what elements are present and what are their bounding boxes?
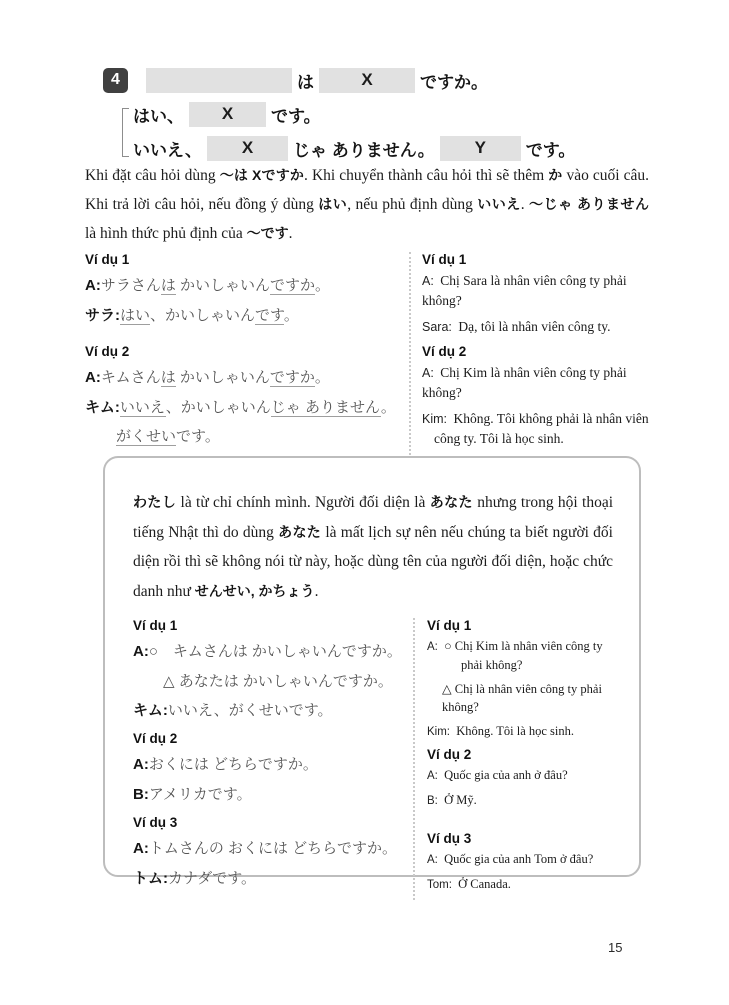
example-block: Ví dụ 2A:おくには どちらですか。B:アメリカです。 — [133, 731, 405, 815]
placeholder-x-box: X — [189, 102, 266, 127]
vietnamese-line: A: ○ Chị Kim là nhân viên công ty phải k… — [427, 637, 613, 674]
japanese-term: ～です — [247, 225, 289, 241]
underlined-grammar: はい — [120, 307, 150, 325]
iie-text: いいえ、 — [133, 136, 202, 161]
text-segment: かいしゃいん — [176, 277, 270, 294]
placeholder-y-box: Y — [440, 136, 521, 161]
speaker-label: A: — [133, 643, 149, 660]
placeholder-x-box: X — [207, 136, 288, 161]
speaker-label: トム: — [133, 870, 168, 887]
vietnamese-examples-column: Ví dụ 1A: Chị Sara là nhân viên công ty … — [411, 252, 649, 455]
speaker-label: Tom: — [427, 879, 455, 891]
text-segment: . — [315, 583, 319, 600]
note-box: わたし là từ chỉ chính mình. Người đối diện… — [103, 456, 641, 877]
japanese-line: キム:いいえ、かいしゃいんじゃ ありません。 — [85, 393, 397, 423]
text-segment: Khi đặt câu hỏi dùng — [85, 167, 220, 184]
text-segment: là hình thức phủ định của — [85, 225, 247, 242]
line-text: Dạ, tôi là nhân viên công ty. — [458, 319, 610, 334]
vietnamese-examples-column: Ví dụ 1A: ○ Chị Kim là nhân viên công ty… — [415, 618, 613, 900]
speaker-label: A: — [427, 641, 441, 653]
underlined-grammar: ですか — [270, 277, 315, 295]
example-title: Ví dụ 3 — [427, 831, 613, 846]
text-segment: です。 — [176, 428, 220, 445]
vietnamese-line: A: Chị Kim là nhân viên công ty phải khô… — [422, 363, 649, 402]
example-block: Ví dụ 1A:サラさんは かいしゃいんですか。サラ:はい、かいしゃいんです。 — [85, 252, 397, 344]
text-segment: △ あなたは かいしゃいんですか。 — [163, 673, 393, 690]
example-block: Ví dụ 2A: Chị Kim là nhân viên công ty p… — [422, 344, 649, 448]
explanation-paragraph: Khi đặt câu hỏi dùng ～は Xですか. Khi chuyển… — [85, 161, 649, 248]
desu-text: です。 — [271, 102, 321, 127]
line-text: Không. Tôi là học sinh. — [456, 724, 574, 738]
japanese-line: A:トムさんの おくには どちらですか。 — [133, 834, 405, 864]
text-segment: . — [289, 225, 293, 242]
speaker-label: Kim: — [427, 726, 453, 738]
pattern-yes-row: はい、 X です。 — [133, 98, 663, 130]
text-segment: 。 — [315, 277, 330, 294]
ja-arimasen-text: じゃ ありません。 — [293, 136, 435, 161]
vietnamese-line: Sara: Dạ, tôi là nhân viên công ty. — [422, 317, 649, 337]
example-block: Ví dụ 1A: Chị Sara là nhân viên công ty … — [422, 252, 649, 344]
text-segment: là từ chỉ chính mình. Người đối diện là — [176, 494, 429, 511]
speaker-label: A: — [133, 756, 149, 773]
japanese-term: あなた — [430, 494, 473, 510]
speaker-label: キム: — [85, 399, 120, 416]
vietnamese-line: A: Chị Sara là nhân viên công ty phải kh… — [422, 271, 649, 310]
line-text: Quốc gia của anh ở đâu? — [444, 768, 568, 782]
vietnamese-line: B: Ở Mỹ. — [427, 791, 613, 810]
line-text: Quốc gia của anh Tom ở đâu? — [444, 852, 593, 866]
speaker-label: A: — [85, 369, 101, 386]
examples-section: Ví dụ 1A:サラさんは かいしゃいんですか。サラ:はい、かいしゃいんです。… — [85, 252, 649, 455]
example-title: Ví dụ 1 — [133, 618, 405, 633]
speaker-label: B: — [133, 786, 149, 803]
underlined-grammar: じゃ ありません — [271, 399, 381, 417]
placeholder-x-box: X — [319, 68, 415, 93]
text-segment: かいしゃいん — [176, 369, 270, 386]
underlined-grammar: ですか — [270, 369, 315, 387]
text-segment: いいえ、がくせいです。 — [168, 702, 333, 719]
underlined-grammar: いいえ — [120, 399, 166, 417]
japanese-line: キム:いいえ、がくせいです。 — [133, 696, 405, 726]
pattern-no-row: いいえ、 X じゃ ありません。 Y です。 — [133, 132, 663, 164]
note-examples-section: Ví dụ 1A:○ キムさんは かいしゃいんですか。△ あなたは かいしゃいん… — [133, 618, 613, 900]
japanese-term: せんせい, かちょう — [195, 583, 315, 599]
japanese-term: か — [548, 167, 562, 183]
japanese-line: サラ:はい、かいしゃいんです。 — [85, 301, 397, 331]
vietnamese-line: Tom: Ở Canada. — [427, 875, 613, 894]
example-title: Ví dụ 2 — [133, 731, 405, 746]
desu-text: です。 — [526, 136, 576, 161]
japanese-line: A:おくには どちらですか。 — [133, 750, 405, 780]
text-segment: 、かいしゃいん — [150, 307, 255, 324]
example-title: Ví dụ 2 — [422, 344, 649, 359]
line-text: Chị Sara là nhân viên công ty phải không… — [422, 273, 627, 308]
vietnamese-line: Kim: Không. Tôi không phải là nhân viên … — [422, 409, 649, 448]
desu-ka-text: ですか。 — [420, 68, 488, 93]
speaker-label: B: — [427, 795, 441, 807]
speaker-label: キム: — [133, 702, 168, 719]
line-text: Ở Mỹ. — [444, 793, 477, 807]
text-segment: . Khi chuyển thành câu hỏi thì sẽ thêm — [304, 167, 548, 184]
hai-text: はい、 — [133, 102, 184, 127]
text-segment: , nếu phủ định dùng — [347, 196, 477, 213]
speaker-label: A: — [427, 854, 441, 866]
text-segment: 、かいしゃいん — [166, 399, 271, 416]
japanese-examples-column: Ví dụ 1A:サラさんは かいしゃいんですか。サラ:はい、かいしゃいんです。… — [85, 252, 409, 455]
example-block: Ví dụ 3A:トムさんの おくには どちらですか。トム:カナダです。 — [133, 815, 405, 893]
speaker-label: A: — [422, 274, 437, 288]
speaker-label: A: — [133, 840, 149, 857]
answer-bracket — [122, 108, 129, 157]
text-segment: 。 — [284, 307, 299, 324]
japanese-line: がくせいです。 — [116, 422, 397, 452]
particle-wa: は — [297, 68, 314, 93]
pattern-question-row: 4 は X ですか。 — [103, 64, 663, 96]
vietnamese-line: △ Chị là nhân viên công ty phải không? — [442, 680, 613, 716]
text-segment: 。 — [315, 369, 330, 386]
example-block: Ví dụ 3A: Quốc gia của anh Tom ở đâu?Tom… — [427, 831, 613, 894]
text-segment: キムさん — [101, 369, 161, 386]
textbook-page: 4 は X ですか。 はい、 X です。 いいえ、 X じゃ ありません。 Y … — [0, 0, 729, 1005]
text-segment: 。 — [381, 399, 396, 416]
grammar-pattern: 4 は X ですか。 はい、 X です。 いいえ、 X じゃ ありません。 Y … — [103, 64, 663, 164]
vietnamese-line: A: Quốc gia của anh Tom ở đâu? — [427, 850, 613, 869]
example-title: Ví dụ 1 — [422, 252, 649, 267]
japanese-term: ～は Xですか — [220, 167, 304, 183]
example-title: Ví dụ 2 — [85, 344, 397, 359]
line-text: Ở Canada. — [458, 877, 511, 891]
example-block: Ví dụ 1A: ○ Chị Kim là nhân viên công ty… — [427, 618, 613, 741]
text-segment: アメリカです。 — [149, 786, 252, 803]
speaker-label: A: — [422, 366, 437, 380]
japanese-line: A:キムさんは かいしゃいんですか。 — [85, 363, 397, 393]
example-block: Ví dụ 1A:○ キムさんは かいしゃいんですか。△ あなたは かいしゃいん… — [133, 618, 405, 731]
speaker-label: Sara: — [422, 320, 455, 334]
placeholder-blank-box — [146, 68, 292, 93]
line-text: △ Chị là nhân viên công ty phải không? — [442, 682, 602, 714]
line-text: Không. Tôi không phải là nhân viên công … — [434, 411, 649, 446]
underlined-grammar: です — [255, 307, 284, 325]
underlined-grammar: は — [161, 277, 176, 295]
japanese-term: いいえ — [477, 196, 521, 212]
section-number-badge: 4 — [103, 68, 128, 93]
japanese-term: わたし — [133, 494, 176, 510]
text-segment: トムさんの おくには どちらですか。 — [149, 840, 397, 857]
japanese-term: はい — [318, 196, 347, 212]
japanese-examples-column: Ví dụ 1A:○ キムさんは かいしゃいんですか。△ あなたは かいしゃいん… — [133, 618, 413, 900]
underlined-grammar: は — [161, 369, 176, 387]
example-block: Ví dụ 2A: Quốc gia của anh ở đâu?B: Ở Mỹ… — [427, 747, 613, 831]
vietnamese-line: A: Quốc gia của anh ở đâu? — [427, 766, 613, 785]
japanese-term: あなた — [278, 524, 321, 540]
page-number: 15 — [608, 940, 622, 955]
text-segment: サラさん — [101, 277, 161, 294]
note-paragraph: わたし là từ chỉ chính mình. Người đối diện… — [133, 488, 613, 606]
text-segment: おくには どちらですか。 — [149, 756, 318, 773]
japanese-term: ～じゃ ありません — [529, 196, 649, 212]
example-block: Ví dụ 2A:キムさんは かいしゃいんですか。キム:いいえ、かいしゃいんじゃ… — [85, 344, 397, 452]
japanese-line: A:サラさんは かいしゃいんですか。 — [85, 271, 397, 301]
vietnamese-line: Kim: Không. Tôi là học sinh. — [427, 722, 613, 741]
example-title: Ví dụ 2 — [427, 747, 613, 762]
line-text: Chị Kim là nhân viên công ty phải không? — [422, 365, 627, 400]
japanese-line: A:○ キムさんは かいしゃいんですか。 — [133, 637, 405, 667]
japanese-line: B:アメリカです。 — [133, 780, 405, 810]
japanese-line: △ あなたは かいしゃいんですか。 — [163, 667, 405, 697]
line-text: ○ Chị Kim là nhân viên công ty phải khôn… — [444, 639, 603, 672]
text-segment: ○ キムさんは かいしゃいんですか。 — [149, 643, 402, 660]
japanese-line: トム:カナダです。 — [133, 864, 405, 894]
speaker-label: Kim: — [422, 412, 450, 426]
example-title: Ví dụ 1 — [427, 618, 613, 633]
speaker-label: A: — [427, 770, 441, 782]
text-segment: . — [521, 196, 529, 213]
speaker-label: A: — [85, 277, 101, 294]
example-title: Ví dụ 3 — [133, 815, 405, 830]
underlined-grammar: がくせい — [116, 428, 176, 446]
example-title: Ví dụ 1 — [85, 252, 397, 267]
speaker-label: サラ: — [85, 307, 120, 324]
text-segment: カナダです。 — [168, 870, 256, 887]
